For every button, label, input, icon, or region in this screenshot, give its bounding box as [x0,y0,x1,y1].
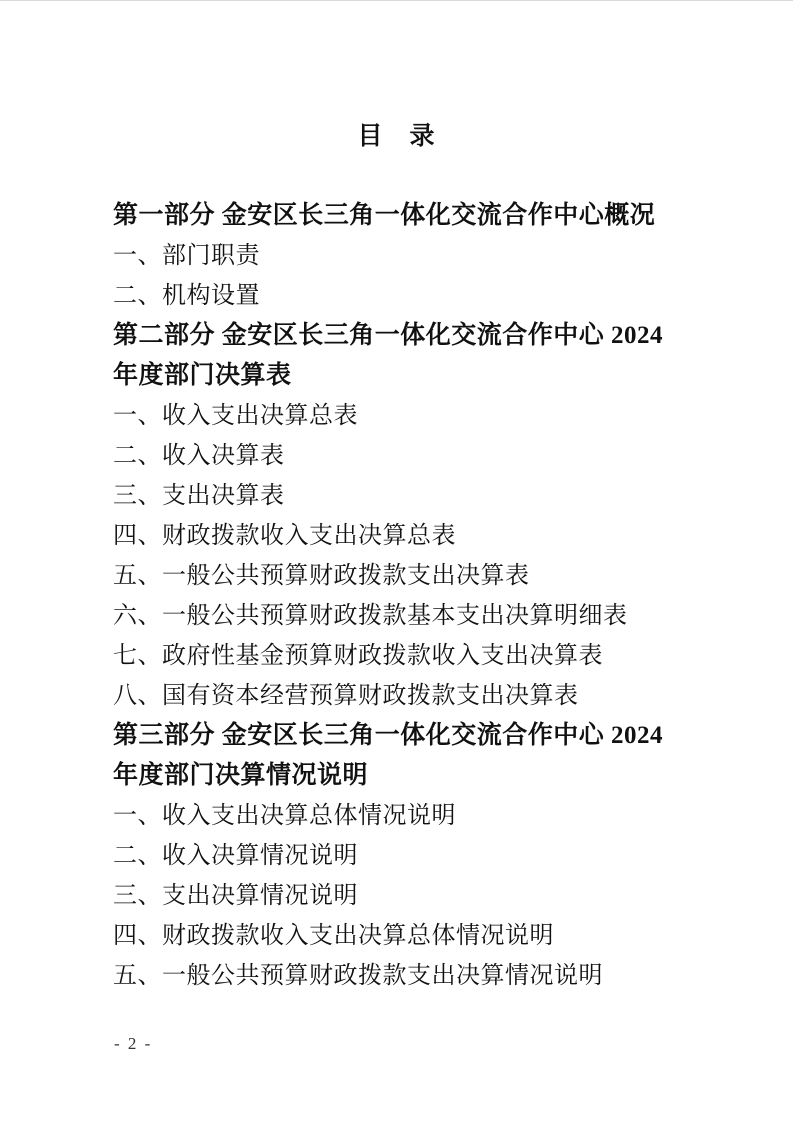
document-page: 目 录 第一部分 金安区长三角一体化交流合作中心概况 一、部门职责 二、机构设置… [0,0,793,1122]
toc-item-2-8: 八、国有资本经营预算财政拨款支出决算表 [113,676,691,716]
toc-section-1-heading: 第一部分 金安区长三角一体化交流合作中心概况 [113,196,691,236]
page-title: 目 录 [0,117,793,157]
toc-item-2-4: 四、财政拨款收入支出决算总表 [113,516,691,556]
toc-item-3-1: 一、收入支出决算总体情况说明 [113,796,691,836]
toc-item-3-5: 五、一般公共预算财政拨款支出决算情况说明 [113,956,691,996]
toc-item-1-1: 一、部门职责 [113,236,691,276]
toc-item-1-2: 二、机构设置 [113,276,691,316]
toc-item-2-1: 一、收入支出决算总表 [113,396,691,436]
toc-item-2-7: 七、政府性基金预算财政拨款收入支出决算表 [113,636,691,676]
toc-section-3-heading: 第三部分 金安区长三角一体化交流合作中心 2024 年度部门决算情况说明 [113,716,691,796]
table-of-contents: 第一部分 金安区长三角一体化交流合作中心概况 一、部门职责 二、机构设置 第二部… [113,196,691,996]
toc-item-2-5: 五、一般公共预算财政拨款支出决算表 [113,556,691,596]
toc-item-2-3: 三、支出决算表 [113,476,691,516]
toc-section-2-heading: 第二部分 金安区长三角一体化交流合作中心 2024 年度部门决算表 [113,316,691,396]
toc-item-3-2: 二、收入决算情况说明 [113,836,691,876]
toc-item-2-2: 二、收入决算表 [113,436,691,476]
toc-item-2-6: 六、一般公共预算财政拨款基本支出决算明细表 [113,596,691,636]
page-number: - 2 - [114,1034,152,1054]
toc-item-3-3: 三、支出决算情况说明 [113,876,691,916]
toc-item-3-4: 四、财政拨款收入支出决算总体情况说明 [113,916,691,956]
